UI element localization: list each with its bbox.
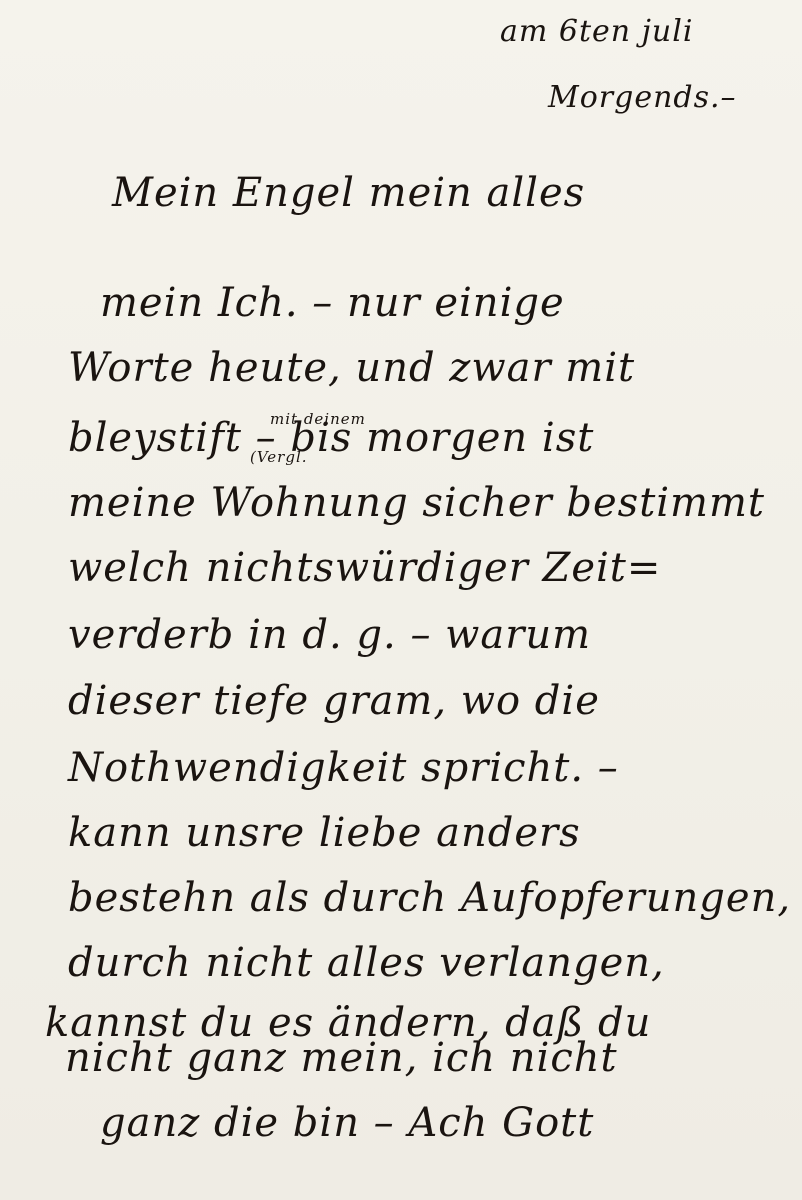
letter-line-9: kann unsre liebe anders [68, 810, 581, 856]
letter-line-14: ganz die bin – Ach Gott [100, 1100, 594, 1146]
date-line: am 6ten juli [500, 14, 693, 49]
letter-line-5: welch nichtswürdiger Zeit= [68, 545, 661, 591]
insertion-below: (Vergl. [250, 448, 308, 466]
letter-line-3: bleystift – bis morgen ist [68, 415, 594, 461]
letter-line-11: durch nicht alles verlangen, [68, 940, 665, 986]
letter-line-10: bestehn als durch Aufopferungen, [68, 875, 791, 921]
letter-page: am 6ten juli Morgends.– Mein Engel mein … [0, 0, 802, 1200]
letter-line-6: verderb in d. g. – warum [68, 612, 591, 658]
letter-line-13: nicht ganz mein, ich nicht [65, 1035, 618, 1081]
letter-line-4: meine Wohnung sicher bestimmt [68, 480, 765, 526]
letter-line-7: dieser tiefe gram, wo die [68, 678, 600, 724]
time-line: Morgends.– [548, 80, 737, 115]
letter-line-2: Worte heute, und zwar mit [68, 345, 635, 391]
salutation: Mein Engel mein alles [112, 170, 585, 216]
letter-line-8: Nothwendigkeit spricht. – [68, 745, 619, 791]
letter-line-1: mein Ich. – nur einige [100, 280, 565, 326]
